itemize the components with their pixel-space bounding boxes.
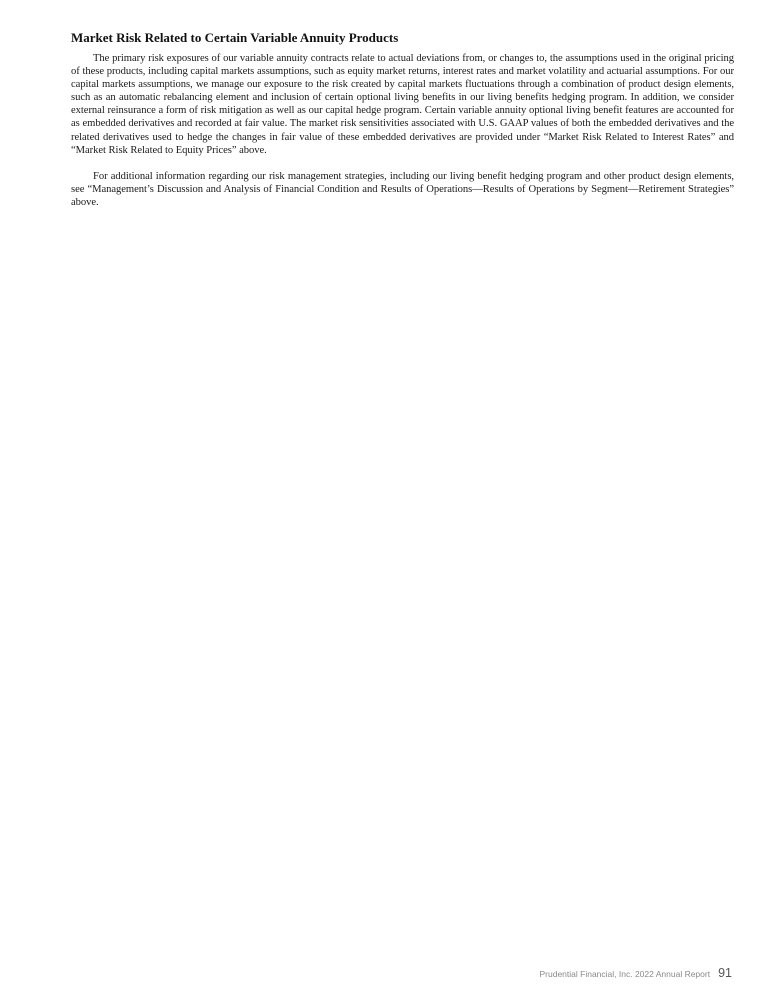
paragraph-additional-information: For additional information regarding our…: [71, 170, 734, 209]
page-footer: Prudential Financial, Inc. 2022 Annual R…: [540, 966, 733, 980]
document-page: Market Risk Related to Certain Variable …: [71, 30, 734, 209]
page-number: 91: [718, 966, 732, 980]
section-title: Market Risk Related to Certain Variable …: [71, 30, 734, 46]
report-name: Prudential Financial, Inc. 2022 Annual R…: [540, 969, 711, 979]
paragraph-risk-exposures: The primary risk exposures of our variab…: [71, 52, 734, 157]
